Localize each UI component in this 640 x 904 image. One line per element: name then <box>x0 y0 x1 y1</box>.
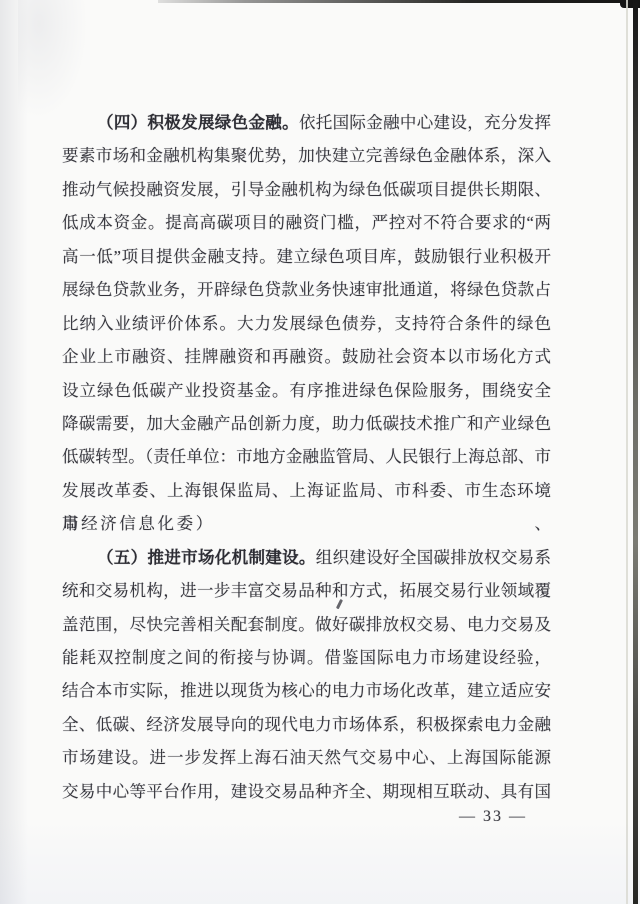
line-text: 依托国际金融中心建设，充分发挥 <box>299 113 551 132</box>
body-text: （四）积极发展绿色金融。依托国际金融中心建设，充分发挥 要素市场和金融机构集聚优… <box>62 106 551 808</box>
text-line: 要素市场和金融机构集聚优势，加快建立完善绿色金融体系，深入 <box>62 139 551 172</box>
text-line: 比纳入业绩评价体系。大力发展绿色债券，支持符合条件的绿色 <box>62 307 551 340</box>
text-line: 全、低碳、经济发展导向的现代电力市场体系，积极探索电力金融 <box>62 708 551 741</box>
text-line: 企业上市融资、挂牌融资和再融资。鼓励社会资本以市场化方式 <box>62 340 551 373</box>
text-line: 推动气候投融资发展，引导金融机构为绿色低碳项目提供长期限、 <box>62 173 551 206</box>
line-text: 比纳入业绩评价体系。大力发展绿色债券，支持符合条件的绿色 <box>62 314 551 333</box>
text-line: 盖范围，尽快完善相关配套制度。做好碳排放权交易、电力交易及 <box>62 608 551 641</box>
text-line: 统和交易机构，进一步丰富交易品种和方式，拓展交易行业领域覆 <box>62 574 551 607</box>
section-heading: （五）推进市场化机制建设。 <box>97 548 316 567</box>
line-text: 市经济信息化委） <box>62 514 215 533</box>
page-number: — 33 — <box>433 804 553 830</box>
text-line: 设立绿色低碳产业投资基金。有序推进绿色保险服务，围绕安全 <box>62 374 551 407</box>
line-text: 展绿色贷款业务，开辟绿色贷款业务快速审批通道，将绿色贷款占 <box>62 280 551 299</box>
text-line: 发展改革委、上海银保监局、上海证监局、市科委、市生态环境局、 <box>62 474 551 507</box>
text-line: 低碳转型。（责任单位：市地方金融监管局、人民银行上海总部、市 <box>62 440 551 473</box>
line-text: 结合本市实际，推进以现货为核心的电力市场化改革，建立适应安 <box>62 681 551 700</box>
text-line: 低成本资金。提高高碳项目的融资门槛，严控对不符合要求的“两 <box>62 206 551 239</box>
text-line: （五）推进市场化机制建设。组织建设好全国碳排放权交易系 <box>62 541 551 574</box>
line-text: 能耗双控制度之间的衔接与协调。借鉴国际电力市场建设经验， <box>62 648 551 667</box>
line-text: 低成本资金。提高高碳项目的融资门槛，严控对不符合要求的“两 <box>62 213 551 232</box>
scan-top-edge <box>158 0 640 3</box>
line-text: 交易中心等平台作用，建设交易品种齐全、期现相互联动、具有国 <box>62 782 551 801</box>
scan-right-edge-light <box>626 0 628 904</box>
text-line: 结合本市实际，推进以现货为核心的电力市场化改革，建立适应安 <box>62 674 551 707</box>
text-line: 降碳需要，加大金融产品创新力度，助力低碳技术推广和产业绿色 <box>62 407 551 440</box>
line-text: 企业上市融资、挂牌融资和再融资。鼓励社会资本以市场化方式 <box>62 347 551 366</box>
text-line: 高一低”项目提供金融支持。建立绿色项目库，鼓励银行业积极开 <box>62 240 551 273</box>
line-text: 高一低”项目提供金融支持。建立绿色项目库，鼓励银行业积极开 <box>62 247 551 266</box>
scan-shade-topleft <box>18 0 88 120</box>
text-line: （四）积极发展绿色金融。依托国际金融中心建设，充分发挥 <box>62 106 551 139</box>
line-text: 低碳转型。（责任单位：市地方金融监管局、人民银行上海总部、市 <box>62 447 551 466</box>
line-text: 降碳需要，加大金融产品创新力度，助力低碳技术推广和产业绿色 <box>62 414 551 433</box>
scan-shade-bottom <box>0 819 640 904</box>
line-text: 全、低碳、经济发展导向的现代电力市场体系，积极探索电力金融 <box>62 715 551 734</box>
line-text: 组织建设好全国碳排放权交易系 <box>316 548 551 567</box>
line-text: 推动气候投融资发展，引导金融机构为绿色低碳项目提供长期限、 <box>62 180 551 199</box>
section-heading: （四）积极发展绿色金融。 <box>97 113 299 132</box>
text-line: 市场建设。进一步发挥上海石油天然气交易中心、上海国际能源 <box>62 741 551 774</box>
scanned-page: （四）积极发展绿色金融。依托国际金融中心建设，充分发挥 要素市场和金融机构集聚优… <box>0 0 640 904</box>
text-line: 能耗双控制度之间的衔接与协调。借鉴国际电力市场建设经验， <box>62 641 551 674</box>
line-text: 设立绿色低碳产业投资基金。有序推进绿色保险服务，围绕安全 <box>62 381 551 400</box>
scan-shade-left <box>0 0 28 904</box>
line-text: 要素市场和金融机构集聚优势，加快建立完善绿色金融体系，深入 <box>62 146 551 165</box>
text-line: 展绿色贷款业务，开辟绿色贷款业务快速审批通道，将绿色贷款占 <box>62 273 551 306</box>
line-text: 市场建设。进一步发挥上海石油天然气交易中心、上海国际能源 <box>62 748 551 767</box>
line-text: 统和交易机构，进一步丰富交易品种和方式，拓展交易行业领域覆 <box>62 581 551 600</box>
line-text: 盖范围，尽快完善相关配套制度。做好碳排放权交易、电力交易及 <box>62 615 551 634</box>
scan-right-edge-dark <box>633 0 638 904</box>
